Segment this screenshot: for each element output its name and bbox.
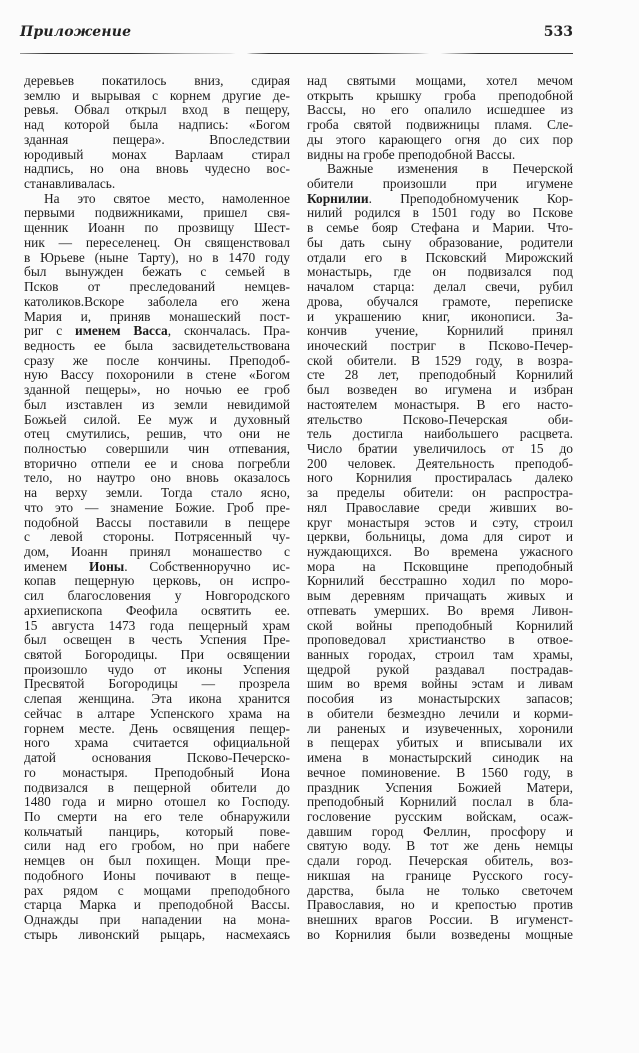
text-line: подобной Вассы поставили в пещере (24, 516, 290, 531)
text-line: отец смутились, решив, что они не (24, 427, 290, 442)
header-rule (20, 53, 573, 54)
text-line: го монастыря. Преподобный Иона (24, 766, 290, 781)
text-line: первыми подвижниками, пришел свя- (24, 206, 290, 221)
text-line: ную Вассу похоронили в стене «Богом (24, 368, 290, 383)
text-column-left: деревьев покатилось вниз, сдираяземлю и … (24, 74, 290, 942)
text-line: ской войны преподобный Корнилий (307, 619, 573, 634)
text-line: подобного Ионы почивают в пеще- (24, 869, 290, 884)
text-line: пособия из монастырских запасов; (307, 692, 573, 707)
text-column-right: над святыми мощами, хотел мечомоткрыть к… (307, 74, 573, 942)
text-line: обители произошли при игумене (307, 177, 573, 192)
text-line: в пещерах убитых и вписывали их (307, 736, 573, 751)
text-line: ванных городах, строил там храмы, (307, 648, 573, 663)
text-line: Число братии увеличилось от 15 до (307, 442, 573, 457)
text-line: сте 28 лет, преподобный Корнилий (307, 368, 573, 383)
text-line: никшая на границе Русского госу- (307, 869, 573, 884)
text-line: и украшению книг, иконописи. За- (307, 310, 573, 325)
text-line: станавливалась. (24, 177, 290, 192)
text-line: тело, но наутро оно вновь оказалось (24, 471, 290, 486)
text-line: над которой была надпись: «Богом (24, 118, 290, 133)
text-line: ревья. Обвал открыл вход в пещеру, (24, 103, 290, 118)
text-line: надпись, но она вновь чудесно вос- (24, 162, 290, 177)
text-line: рах рядом с мощами преподобного (24, 884, 290, 899)
text-line: кончив учение, Корнилий принял (307, 324, 573, 339)
text-line: внешних врагов России. В игуменст- (307, 913, 573, 928)
text-line: католиков.Вскоре заболела его жена (24, 295, 290, 310)
text-line: мора на Псковщине преподобный (307, 560, 573, 575)
text-line: святой Богородицы. При освящении (24, 648, 290, 663)
text-line: щедрой рукой раздавал пострадав- (307, 663, 573, 678)
text-line: дарства, была не только светочем (307, 884, 573, 899)
text-line: тель достигла наибольшего расцвета. (307, 427, 573, 442)
text-line: ли раненых и изувеченных, хоронили (307, 722, 573, 737)
text-line: давшим город Феллин, просфору и (307, 825, 573, 840)
text-line: сдали город. Печерская обитель, воз- (307, 854, 573, 869)
text-line: во Корнилия были возведены мощные (307, 928, 573, 943)
text-line: имена в монастырский синодик на (307, 751, 573, 766)
text-line: на верху земли. Тогда стало ясно, (24, 486, 290, 501)
page-header: Приложение 533 (20, 20, 573, 46)
running-title: Приложение (20, 24, 131, 40)
text-line: горнем месте. День освящения пещер- (24, 722, 290, 737)
text-line: открыть крышку гроба преподобной (307, 89, 573, 104)
text-line: именем Ионы. Собственноручно ис- (24, 560, 290, 575)
text-line: полностью совершили чин отпевания, (24, 442, 290, 457)
text-line: ды этого карающего огня до сих пор (307, 133, 573, 148)
text-line: над святыми мощами, хотел мечом (307, 74, 573, 89)
text-line: святую воду. В тот же день немцы (307, 839, 573, 854)
text-line: что это — знамение Божие. Гроб пре- (24, 501, 290, 516)
text-line: был возведен во игумена и избран (307, 383, 573, 398)
text-line: зданной пещеры», но ночью ее гроб (24, 383, 290, 398)
text-line: 200 человек. Деятельность преподоб- (307, 457, 573, 472)
text-line: Православия, но и крепостью против (307, 898, 573, 913)
text-line: юродивый монах Варлаам стирал (24, 148, 290, 163)
text-line: сейчас в алтаре Успенского храма на (24, 707, 290, 722)
text-line: копав пещерную церковь, он испро- (24, 574, 290, 589)
text-line: стырь ливонский рыцарь, насмехаясь (24, 928, 290, 943)
text-line: деревьев покатилось вниз, сдирая (24, 74, 290, 89)
text-line: архиепископа Феофила освятить ее. (24, 604, 290, 619)
text-line: 15 августа 1473 года пещерный храм (24, 619, 290, 634)
text-line: иноческий постриг в Псково-Печер- (307, 339, 573, 354)
bold-name: Корнилии (307, 191, 369, 206)
text-line: ской обители. В 1529 году, в возра- (307, 354, 573, 369)
text-line: зданная пещера». Впоследствии (24, 133, 290, 148)
text-line: был вынужден бежать с семьей в (24, 265, 290, 280)
text-line: риг с именем Васса, скончалась. Пра- (24, 324, 290, 339)
text-line: подвизался в пещерной обители до (24, 781, 290, 796)
text-line: нуждающихся. Во времена ужасного (307, 545, 573, 560)
text-line: монастырь, где он подвизался под (307, 265, 573, 280)
bold-name: Ионы (89, 559, 124, 574)
text-segment: . Преподобномученик Кор- (369, 191, 573, 206)
text-line: Корнилий бесстрашно ходил по моро- (307, 574, 573, 589)
text-line: в обители безмездно лечили и корми- (307, 707, 573, 722)
text-line: гословение русским войскам, осаж- (307, 810, 573, 825)
text-line: праздник Успения Божией Матери, (307, 781, 573, 796)
text-line: сил благословения у Новгородского (24, 589, 290, 604)
text-line: Важные изменения в Печерской (307, 162, 573, 177)
text-line: датой основания Псково-Печерско- (24, 751, 290, 766)
text-line: слепая женщина. Эта икона хранится (24, 692, 290, 707)
text-segment: . Собственноручно ис- (124, 559, 290, 574)
text-segment: риг с (24, 323, 75, 338)
text-segment: , скончалась. Пра- (168, 323, 290, 338)
text-segment: именем (24, 559, 89, 574)
text-line: вым деревням причащать живых и (307, 589, 573, 604)
text-line: дом, Иоанн принял монашество с (24, 545, 290, 560)
text-line: был изставлен из земли невидимой (24, 398, 290, 413)
text-line: церкви, больницы, дома для сирот и (307, 530, 573, 545)
text-line: По смерти на его теле обнаружили (24, 810, 290, 825)
text-line: старца Марка и преподобной Вассы. (24, 898, 290, 913)
page-number: 533 (544, 24, 573, 40)
text-line: нял Православие среди живших во- (307, 501, 573, 516)
text-line: ник — переселенец. Он священствовал (24, 236, 290, 251)
text-line: отпевать умерших. Во время Ливон- (307, 604, 573, 619)
text-line: произошло чудо от иконы Успения (24, 663, 290, 678)
text-line: ведность ее была засвидетельствована (24, 339, 290, 354)
text-line: бы дать сыну образование, родители (307, 236, 573, 251)
text-line: Пресвятой Богородицы — прозрела (24, 677, 290, 692)
text-line: щенник Иоанн по прозвищу Шест- (24, 221, 290, 236)
text-line: гроба святой подвижницы пламя. Сле- (307, 118, 573, 133)
text-line: землю и вырывая с корнем другие де- (24, 89, 290, 104)
text-line: Корнилии. Преподобномученик Кор- (307, 192, 573, 207)
text-line: Вассы, но его опалило исшедшее из (307, 103, 573, 118)
text-line: Однажды при нападении на мона- (24, 913, 290, 928)
bold-name: именем Васса (75, 323, 168, 338)
text-line: Псков от преследований немцев- (24, 280, 290, 295)
text-line: ятельство Псково-Печерская оби- (307, 413, 573, 428)
text-line: видны на гробе преподобной Вассы. (307, 148, 573, 163)
text-line: дрова, обучался грамоте, переписке (307, 295, 573, 310)
text-line: шим во время войны эстам и ливам (307, 677, 573, 692)
text-line: проповедовал христианство в отвое- (307, 633, 573, 648)
text-line: в Юрьеве (ныне Тарту), но в 1470 году (24, 251, 290, 266)
text-line: был освещен в честь Успения Пре- (24, 633, 290, 648)
text-line: ного храма считается официальной (24, 736, 290, 751)
text-line: с левой стороны. Потрясенный чу- (24, 530, 290, 545)
text-line: в семье бояр Стефана и Марии. Что- (307, 221, 573, 236)
text-line: 1480 года и мирно отошел ко Господу. (24, 795, 290, 810)
text-line: круг монастыря эстов и сэту, строил (307, 516, 573, 531)
text-line: настоятелем монастыря. В его насто- (307, 398, 573, 413)
text-line: Мария и, приняв монашеский пост- (24, 310, 290, 325)
text-line: немцев он был похищен. Мощи пре- (24, 854, 290, 869)
text-line: Божьей силой. Ее муж и духовный (24, 413, 290, 428)
text-line: ного Корнилия простиралась далеко (307, 471, 573, 486)
text-line: нилий родился в 1501 году во Пскове (307, 206, 573, 221)
text-line: началом старца: делал свечи, рубил (307, 280, 573, 295)
text-line: преподобный Корнилий послал в бла- (307, 795, 573, 810)
text-line: за пределы обители: он распростра- (307, 486, 573, 501)
text-line: вечное поминовение. В 1560 году, в (307, 766, 573, 781)
text-line: сразу же после кончины. Преподоб- (24, 354, 290, 369)
text-line: кольчатый панцирь, который пове- (24, 825, 290, 840)
text-line: отдали его в Псковский Мирожский (307, 251, 573, 266)
text-line: сили над его гробом, но при набеге (24, 839, 290, 854)
text-line: вторично отпели ее и снова погребли (24, 457, 290, 472)
text-line: На это святое место, намоленное (24, 192, 290, 207)
